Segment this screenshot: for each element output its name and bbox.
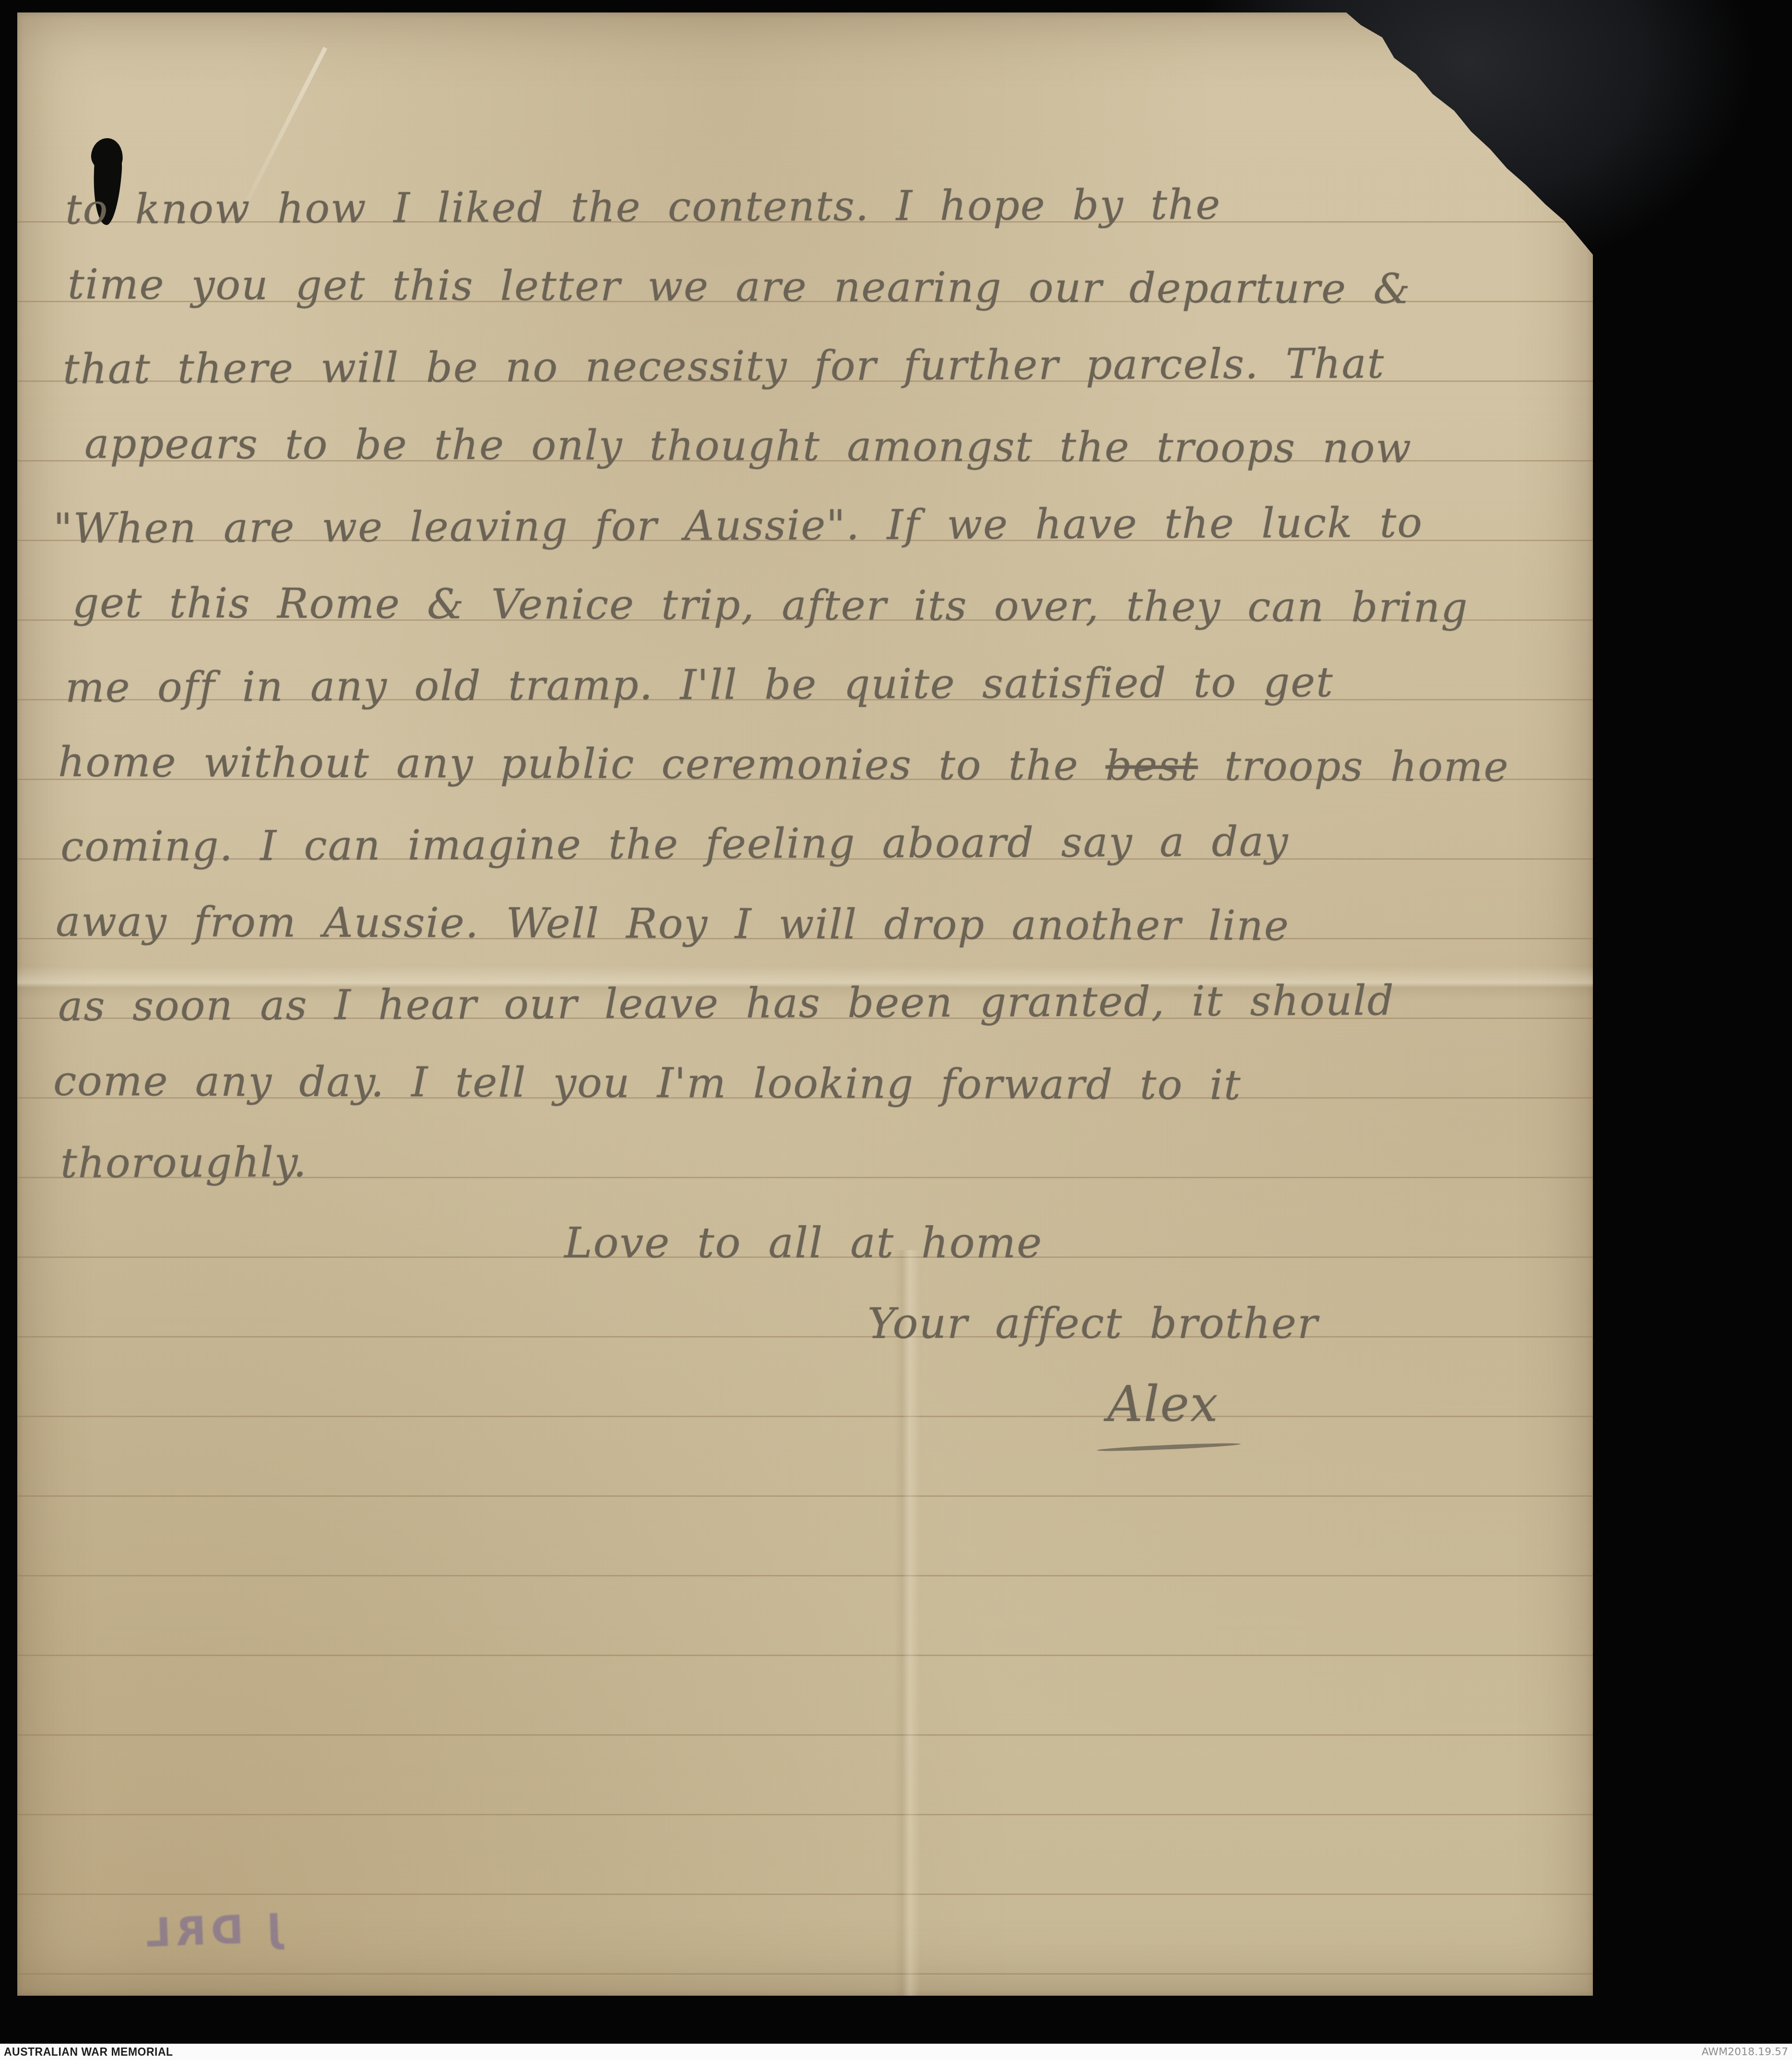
handwriting-segment: to know how I liked the contents. I hope… [65,181,1221,234]
crossed-out-word: best [1105,742,1198,790]
handwriting-segment: get this Rome & Venice trip, after its o… [72,579,1469,632]
archive-credit: AUSTRALIAN WAR MEMORIAL [4,2046,173,2059]
ruled-lines [17,221,1593,1996]
handwriting-segment: that there will be no necessity for furt… [63,340,1385,393]
archive-id: AWM2018.19.57 [1701,2046,1788,2058]
handwriting-segment: time you get this letter we are nearing … [68,260,1411,313]
handwriting-segment: coming. I can imagine the feeling aboard… [60,817,1289,871]
handwritten-line: time you get this letter we are nearing … [68,264,1411,310]
handwritten-line: home without any public ceremonies to th… [58,742,1509,788]
handwritten-line: that there will be no necessity for furt… [63,343,1385,390]
closing-love-line: Love to all at home [564,1222,1043,1264]
handwriting-segment: "When are we leaving for Aussie". If we … [53,499,1423,553]
handwritten-line: come any day. I tell you I'm looking for… [53,1061,1242,1106]
handwritten-line: "When are we leaving for Aussie". If we … [53,502,1423,549]
handwriting-segment: thoroughly. [60,1138,308,1187]
footer-bar: AUSTRALIAN WAR MEMORIAL AWM2018.19.57 [0,2044,1792,2060]
handwritten-line: appears to be the only thought amongst t… [84,423,1412,469]
handwritten-line: to know how I liked the contents. I hope… [65,184,1221,231]
handwritten-line: coming. I can imagine the feeling aboard… [60,821,1289,867]
handwriting-segment: me off in any old tramp. I'll be quite s… [65,658,1334,712]
handwriting-segment: come any day. I tell you I'm looking for… [53,1057,1242,1110]
handwritten-line: thoroughly. [60,1142,308,1184]
handwritten-line: away from Aussie. Well Roy I will drop a… [56,901,1290,947]
closing-signoff-line: Your affect brother [867,1302,1318,1345]
handwritten-line: me off in any old tramp. I'll be quite s… [65,662,1334,709]
handwriting-segment: appears to be the only thought amongst t… [84,420,1412,473]
handwriting-segment: as soon as I hear our leave has been gra… [58,977,1395,1030]
ink-stamp: J DRL [140,1906,282,1956]
handwriting-segment: away from Aussie. Well Roy I will drop a… [56,898,1290,950]
scan-background: to know how I liked the contents. I hope… [0,0,1792,2060]
handwritten-line: get this Rome & Venice trip, after its o… [72,582,1469,628]
signature: Alex [1107,1380,1219,1429]
letter-page: to know how I liked the contents. I hope… [17,12,1593,1996]
handwritten-line: as soon as I hear our leave has been gra… [58,980,1395,1027]
fold-crease-vertical [894,1250,920,1996]
handwriting-segment: troops home [1198,742,1509,791]
handwriting-segment: home without any public ceremonies to th… [58,738,1105,790]
